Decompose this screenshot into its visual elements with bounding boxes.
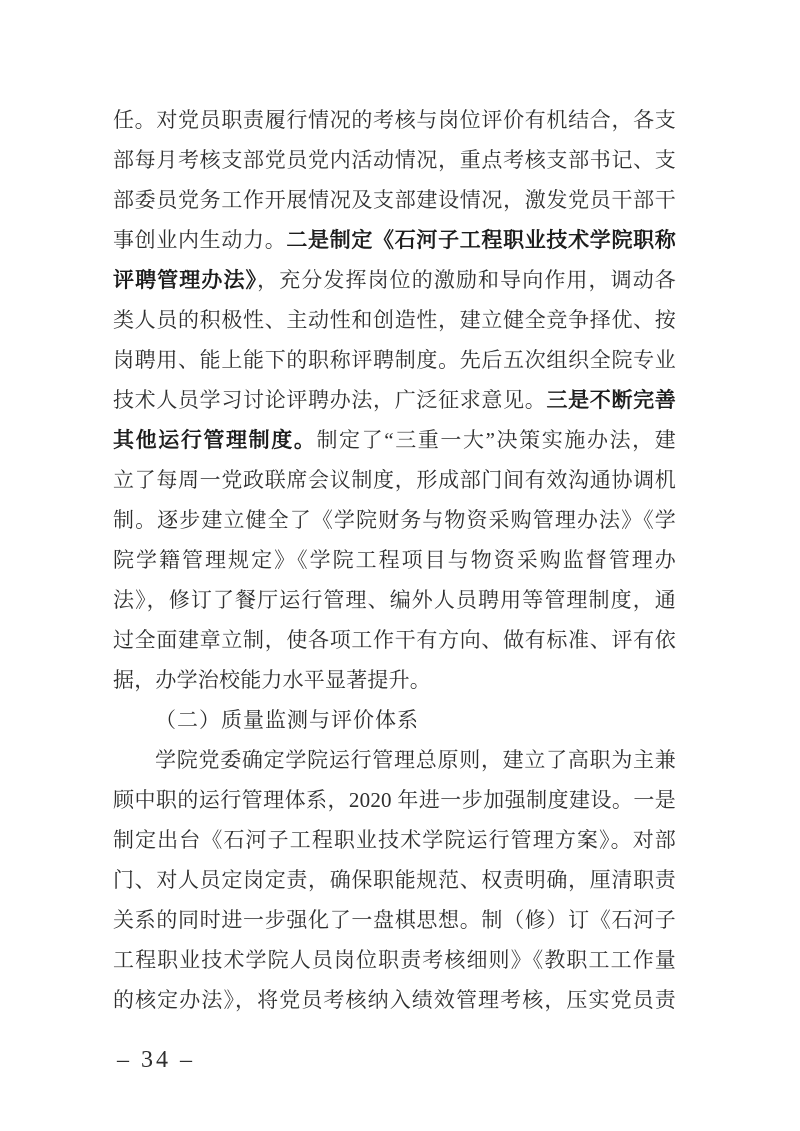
document-body: 任。对党员职责履行情况的考核与岗位评价有机结合，各支部每月考核支部党员党内活动情…: [113, 100, 676, 1020]
text-segment: 部委员党务工作开展情况及支部建设情况，激发党员干部干: [113, 188, 676, 212]
text-segment: 顾中职的运行管理体系，2020 年进一步加强制度建设。一是: [113, 788, 676, 812]
text-line: 制定出台《石河子工程职业技术学院运行管理方案》。对部: [113, 820, 676, 860]
text-line: 部每月考核支部党员党内活动情况，重点考核支部书记、支: [113, 140, 676, 180]
page: 任。对党员职责履行情况的考核与岗位评价有机结合，各支部每月考核支部党员党内活动情…: [0, 0, 800, 1131]
text-segment: 院学籍管理规定》《学院工程项目与物资采购监督管理办: [113, 548, 676, 572]
text-segment: 制定了“三重一大”决策实施办法，建: [316, 428, 676, 452]
text-segment-bold: 三是不断完善: [546, 388, 676, 412]
text-segment: 门、对人员定岗定责，确保职能规范、权责明确，厘清职责: [113, 868, 676, 892]
text-segment: 技术人员学习讨论评聘办法，广泛征求意见。: [113, 388, 546, 412]
text-segment: 过全面建章立制，使各项工作干有方向、做有标准、评有依: [113, 628, 676, 652]
text-line: 据，办学治校能力水平显著提升。: [113, 660, 676, 700]
text-segment: 的核定办法》，将党员考核纳入绩效管理考核，压实党员责: [113, 988, 676, 1012]
text-segment: 工程职业技术学院人员岗位职责考核细则》《教职工工作量: [113, 948, 676, 972]
text-line: 评聘管理办法》，充分发挥岗位的激励和导向作用，调动各: [113, 260, 676, 300]
text-segment: 部每月考核支部党员党内活动情况，重点考核支部书记、支: [113, 148, 676, 172]
text-segment: 制定出台《石河子工程职业技术学院运行管理方案》。对部: [113, 828, 676, 852]
text-line: 技术人员学习讨论评聘办法，广泛征求意见。三是不断完善: [113, 380, 676, 420]
text-segment: 事创业内生动力。: [113, 228, 286, 252]
text-segment: 类人员的积极性、主动性和创造性，建立健全竞争择优、按: [113, 308, 676, 332]
text-segment: 关系的同时进一步强化了一盘棋思想。制（修）订《石河子: [113, 908, 676, 932]
text-line: 门、对人员定岗定责，确保职能规范、权责明确，厘清职责: [113, 860, 676, 900]
text-line: 部委员党务工作开展情况及支部建设情况，激发党员干部干: [113, 180, 676, 220]
text-segment: 据，办学治校能力水平显著提升。: [113, 668, 431, 692]
text-segment: ，充分发挥岗位的激励和导向作用，调动各: [257, 268, 676, 292]
text-segment: （二）质量监测与评价体系: [155, 708, 419, 732]
text-segment: 制。逐步建立健全了《学院财务与物资采购管理办法》《学: [113, 508, 676, 532]
text-line: 院学籍管理规定》《学院工程项目与物资采购监督管理办: [113, 540, 676, 580]
text-line: 的核定办法》，将党员考核纳入绩效管理考核，压实党员责: [113, 980, 676, 1020]
text-line: 法》，修订了餐厅运行管理、编外人员聘用等管理制度，通: [113, 580, 676, 620]
text-line: 过全面建章立制，使各项工作干有方向、做有标准、评有依: [113, 620, 676, 660]
text-line: 学院党委确定学院运行管理总原则，建立了高职为主兼: [113, 740, 676, 780]
text-segment-bold: 评聘管理办法》: [113, 268, 257, 292]
text-segment-bold: 其他运行管理制度。: [113, 428, 316, 452]
text-segment: 岗聘用、能上能下的职称评聘制度。先后五次组织全院专业: [113, 348, 676, 372]
page-number: – 34 –: [117, 1047, 195, 1073]
section-heading: （二）质量监测与评价体系: [113, 700, 676, 740]
text-segment-bold: 二是制定《石河子工程职业技术学院职称: [286, 228, 676, 252]
text-line: 类人员的积极性、主动性和创造性，建立健全竞争择优、按: [113, 300, 676, 340]
page-footer: – 34 –: [117, 1044, 195, 1076]
text-segment: 立了每周一党政联席会议制度，形成部门间有效沟通协调机: [113, 468, 676, 492]
text-line: 岗聘用、能上能下的职称评聘制度。先后五次组织全院专业: [113, 340, 676, 380]
text-line: 任。对党员职责履行情况的考核与岗位评价有机结合，各支: [113, 100, 676, 140]
text-line: 事创业内生动力。二是制定《石河子工程职业技术学院职称: [113, 220, 676, 260]
text-line: 立了每周一党政联席会议制度，形成部门间有效沟通协调机: [113, 460, 676, 500]
text-line: 其他运行管理制度。制定了“三重一大”决策实施办法，建: [113, 420, 676, 460]
text-line: 顾中职的运行管理体系，2020 年进一步加强制度建设。一是: [113, 780, 676, 820]
text-segment: 学院党委确定学院运行管理总原则，建立了高职为主兼: [155, 748, 676, 772]
text-segment: 法》，修订了餐厅运行管理、编外人员聘用等管理制度，通: [113, 588, 676, 612]
text-line: 制。逐步建立健全了《学院财务与物资采购管理办法》《学: [113, 500, 676, 540]
text-line: 工程职业技术学院人员岗位职责考核细则》《教职工工作量: [113, 940, 676, 980]
text-segment: 任。对党员职责履行情况的考核与岗位评价有机结合，各支: [113, 108, 676, 132]
text-line: 关系的同时进一步强化了一盘棋思想。制（修）订《石河子: [113, 900, 676, 940]
